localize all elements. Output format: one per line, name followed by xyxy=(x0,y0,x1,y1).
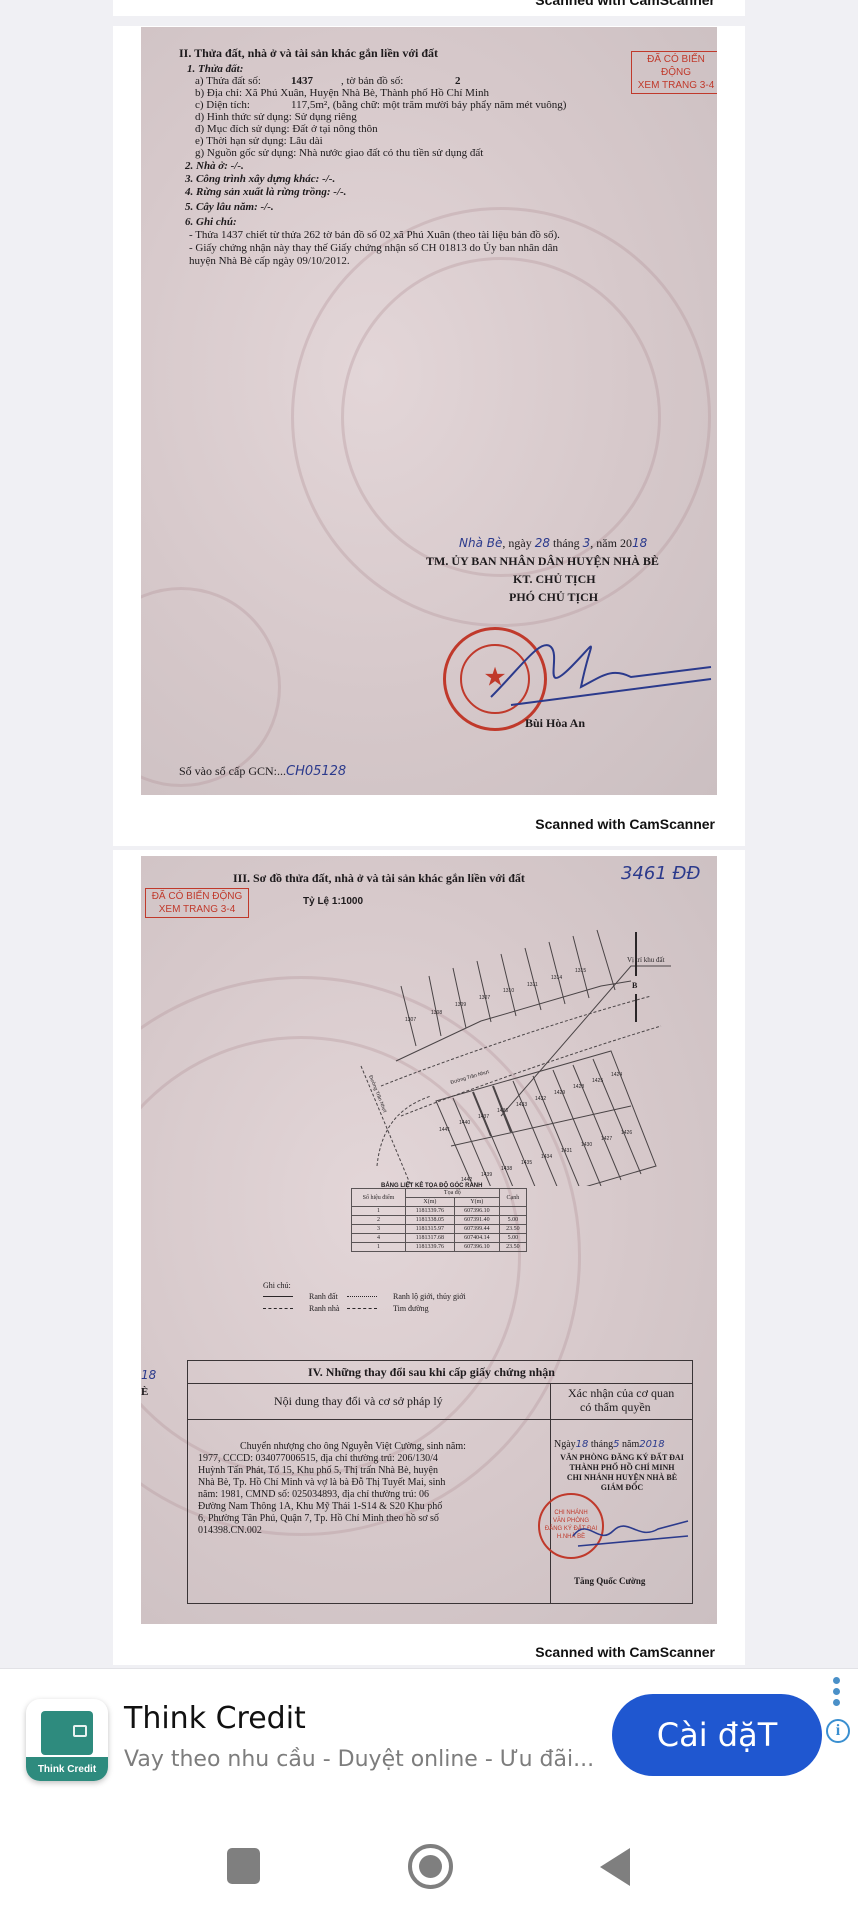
svg-text:1426: 1426 xyxy=(621,1130,632,1136)
signer-name: Bùi Hòa An xyxy=(525,717,585,729)
svg-text:1311: 1311 xyxy=(527,982,538,988)
table-row: 11181339.76607396.1023.50 xyxy=(352,1243,527,1252)
note-line: - Thửa 1437 chiết từ thửa 262 tờ bản đồ … xyxy=(189,229,560,241)
signature-mark xyxy=(568,1511,692,1551)
section-title: II. Thửa đất, nhà ở và tài sản khác gắn … xyxy=(179,47,438,59)
svg-text:1310: 1310 xyxy=(503,988,514,994)
camscanner-watermark: Scanned with CamScanner xyxy=(535,1644,715,1660)
info-icon[interactable]: i xyxy=(826,1719,850,1743)
margin-mark: È xyxy=(141,1386,148,1398)
usage-purpose-line: đ) Mục đích sử dụng: Đất ở tại nông thôn xyxy=(195,123,378,135)
table-row: 41181317.68607404.145.00 xyxy=(352,1234,527,1243)
svg-text:1424: 1424 xyxy=(611,1072,622,1078)
svg-text:1436: 1436 xyxy=(497,1108,508,1114)
signer-role-2: PHÓ CHỦ TỊCH xyxy=(509,591,598,603)
notes-heading: 6. Ghi chú: xyxy=(185,216,237,228)
margin-mark: 18 xyxy=(141,1369,156,1381)
svg-text:1438: 1438 xyxy=(501,1166,512,1172)
note-line: huyện Nhà Bè cấp ngày 09/10/2012. xyxy=(189,255,350,267)
table-row: 31181315.97607399.4423.50 xyxy=(352,1225,527,1234)
svg-text:1427: 1427 xyxy=(601,1136,612,1142)
certificate-page-3-scan: III. Sơ đồ thửa đất, nhà ở và tài sản kh… xyxy=(141,856,717,1624)
north-label: B xyxy=(632,980,637,992)
registry-label: Số vào sổ cấp GCN:...CH05128 xyxy=(179,765,346,778)
legend-item: Ranh lộ giới, thủy giới xyxy=(393,1291,466,1303)
svg-text:1307: 1307 xyxy=(479,995,490,1001)
wallet-icon xyxy=(41,1711,93,1755)
svg-text:1433: 1433 xyxy=(516,1102,527,1108)
signing-date: Nhà Bè, ngày 28 tháng 3, năm 2018 xyxy=(459,537,647,549)
svg-text:1429: 1429 xyxy=(554,1090,565,1096)
signer-role-1: KT. CHỦ TỊCH xyxy=(513,573,596,585)
coordinate-table: Số hiệu điểmTọa độCạnh X(m)Y(m) 11181339… xyxy=(351,1188,527,1252)
certificate-page-2-scan: II. Thửa đất, nhà ở và tài sản khác gắn … xyxy=(141,27,717,795)
svg-text:1432: 1432 xyxy=(535,1096,546,1102)
changes-col-content: Nội dung thay đổi và cơ sở pháp lý xyxy=(274,1395,443,1407)
svg-text:1314: 1314 xyxy=(551,975,562,981)
svg-text:Đường Trần Nhựt: Đường Trần Nhựt xyxy=(450,1069,490,1086)
changes-col-confirm: có thẩm quyền xyxy=(580,1401,651,1413)
app-icon[interactable]: Think Credit xyxy=(26,1699,108,1781)
usage-term-line: e) Thời hạn sử dụng: Lâu dài xyxy=(195,135,323,147)
scanned-page-2: III. Sơ đồ thửa đất, nhà ở và tài sản kh… xyxy=(113,850,745,1665)
svg-text:1439: 1439 xyxy=(481,1172,492,1178)
parcel-number: 1437 xyxy=(291,75,313,87)
map-sheet-label: , tờ bản đồ số: xyxy=(341,75,403,87)
legend-title: Ghi chú: xyxy=(263,1280,291,1292)
svg-text:1428: 1428 xyxy=(573,1084,584,1090)
svg-text:Đường Trần Nhựt: Đường Trần Nhựt xyxy=(367,1075,388,1115)
table-row: 11181339.76607396.10 xyxy=(352,1207,527,1216)
changes-col-confirm: Xác nhận của cơ quan xyxy=(568,1387,674,1399)
install-button[interactable]: Cài đặT xyxy=(612,1694,822,1776)
scanned-page-1: II. Thửa đất, nhà ở và tài sản khác gắn … xyxy=(113,26,745,846)
changed-stamp: ĐÃ CÓ BIẾN ĐỘNGXEM TRANG 3-4 xyxy=(631,51,717,94)
signature-mark xyxy=(481,627,717,717)
legend-item: Ranh đất xyxy=(309,1291,338,1303)
address-line: b) Địa chỉ: Xã Phú Xuân, Huyện Nhà Bè, T… xyxy=(195,87,489,99)
svg-text:1308: 1308 xyxy=(431,1010,442,1016)
usage-origin-line: g) Nguồn gốc sử dụng: Nhà nước giao đất … xyxy=(195,147,483,159)
site-map: 1307 1308 1309 1307 1310 1311 1314 1315 … xyxy=(341,926,671,1186)
ad-subtitle: Vay theo nhu cầu - Duyệt online - Ưu đãi… xyxy=(124,1747,594,1772)
back-button[interactable] xyxy=(600,1848,630,1886)
changed-stamp: ĐÃ CÓ BIẾN ĐỘNGXEM TRANG 3-4 xyxy=(145,888,249,918)
previous-page-fragment: Scanned with CamScanner xyxy=(113,0,745,16)
parcel-number-label: a) Thửa đất số: xyxy=(195,75,261,87)
issuing-authority: TM. ỦY BAN NHÂN DÂN HUYỆN NHÀ BÈ xyxy=(426,555,659,567)
usage-form-line: d) Hình thức sử dụng: Sử dụng riêng xyxy=(195,111,357,123)
svg-text:1431: 1431 xyxy=(561,1148,572,1154)
map-scale: Tỷ Lệ 1:1000 xyxy=(303,896,363,908)
area-value: 117,5m², (bằng chữ: một trăm mười bảy ph… xyxy=(291,99,566,111)
svg-text:1307: 1307 xyxy=(405,1017,416,1023)
legend-item: Tim đường xyxy=(393,1303,429,1315)
changes-title: IV. Những thay đổi sau khi cấp giấy chứn… xyxy=(308,1366,555,1378)
section-title: III. Sơ đồ thửa đất, nhà ở và tài sản kh… xyxy=(233,872,525,884)
other-construction-item: 3. Công trình xây dựng khác: -/-. xyxy=(185,173,335,185)
home-button[interactable] xyxy=(408,1844,453,1889)
svg-text:1425: 1425 xyxy=(592,1078,603,1084)
land-heading: 1. Thửa đất: xyxy=(187,63,243,75)
handwritten-number: 3461 ĐĐ xyxy=(621,864,700,884)
svg-text:1434: 1434 xyxy=(541,1154,552,1160)
svg-text:Vị trí khu đất: Vị trí khu đất xyxy=(627,956,665,964)
map-sheet-number: 2 xyxy=(455,75,461,87)
document-viewer[interactable]: Scanned with CamScanner II. Thửa đất, nh… xyxy=(0,0,858,1668)
camscanner-watermark: Scanned with CamScanner xyxy=(535,0,715,8)
confirm-date: Ngày18 tháng5 năm2018 xyxy=(554,1439,665,1451)
system-nav-bar xyxy=(0,1800,858,1908)
svg-text:1435: 1435 xyxy=(521,1160,532,1166)
more-options-icon[interactable] xyxy=(833,1677,841,1710)
svg-text:1437: 1437 xyxy=(478,1114,489,1120)
camscanner-watermark: Scanned with CamScanner xyxy=(535,816,715,832)
area-label: c) Diện tích: xyxy=(195,99,250,111)
svg-text:1315: 1315 xyxy=(575,968,586,974)
north-arrow-icon xyxy=(635,932,637,976)
svg-text:1430: 1430 xyxy=(581,1142,592,1148)
confirm-signer: Tăng Quốc Cường xyxy=(574,1575,645,1587)
table-row: 21181338.05607391.405.00 xyxy=(352,1216,527,1225)
ad-app-name[interactable]: Think Credit xyxy=(124,1701,306,1736)
house-item: 2. Nhà ở: -/-. xyxy=(185,160,244,172)
transfer-details: Chuyển nhượng cho ông Nguyễn Việt Cường,… xyxy=(198,1441,542,1537)
note-line: - Giấy chứng nhận này thay thế Giấy chứn… xyxy=(189,242,558,254)
ad-banner[interactable]: Think Credit Think Credit Vay theo nhu c… xyxy=(0,1668,858,1800)
legend-item: Ranh nhà xyxy=(309,1303,339,1315)
svg-text:1441: 1441 xyxy=(439,1127,450,1133)
confirming-office: VĂN PHÒNG ĐĂNG KÝ ĐẤT ĐAI THÀNH PHỐ HỒ C… xyxy=(552,1453,692,1493)
perennial-item: 5. Cây lâu năm: -/-. xyxy=(185,201,274,213)
recents-button[interactable] xyxy=(227,1848,260,1884)
forest-item: 4. Rừng sản xuất là rừng trồng: -/-. xyxy=(185,186,346,198)
changes-table: IV. Những thay đổi sau khi cấp giấy chứn… xyxy=(187,1360,693,1604)
svg-text:1309: 1309 xyxy=(455,1002,466,1008)
svg-text:1440: 1440 xyxy=(459,1120,470,1126)
